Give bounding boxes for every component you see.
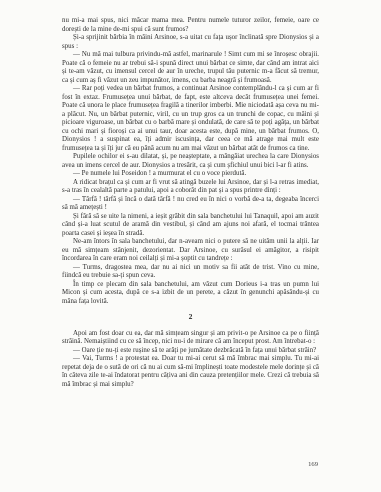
paragraph: nu mi-a mai spus, nici măcar mama mea. P… bbox=[62, 17, 319, 34]
paragraph: — Oare ție nu-ți este rușine să te arăți… bbox=[62, 347, 319, 356]
page-number: 169 bbox=[62, 461, 318, 468]
book-page: nu mi-a mai spus, nici măcar mama mea. P… bbox=[0, 0, 381, 492]
paragraph: — Rar poți vedea un bărbat frumos, a con… bbox=[62, 85, 319, 153]
paragraph: În timp ce plecam din sala banchetului, … bbox=[62, 281, 319, 307]
paragraph: — Târfă ! târfă și încă o dată târfă ! n… bbox=[62, 196, 319, 213]
paragraph: — Turms, dragostea mea, dar nu ai nici u… bbox=[62, 264, 319, 281]
paragraph: — Pe numele lui Poseidon ! a murmurat el… bbox=[62, 170, 319, 179]
text-block: nu mi-a mai spus, nici măcar mama mea. P… bbox=[62, 17, 319, 389]
paragraph: Și-a sprijinit bărbia în mâini Arsinoe, … bbox=[62, 34, 319, 51]
paragraph: A ridicat brațul ca și cum ar fi vrut să… bbox=[62, 179, 319, 196]
paragraph: — Vai, Turms ! a protestat ea. Doar tu m… bbox=[62, 355, 319, 389]
paragraph: Pupilele ochilor ei s-au dilatat, și, pe… bbox=[62, 153, 319, 170]
section-number: 2 bbox=[62, 313, 319, 322]
paragraph: Și fără să se uite la nimeni, a ieșit gr… bbox=[62, 213, 319, 239]
paragraph: Apoi am fost doar cu ea, dar mă simțeam … bbox=[62, 330, 319, 347]
paragraph: Ne-am întors în sala banchetului, dar n-… bbox=[62, 238, 319, 264]
paragraph: — Nu mă mai tulbura privindu-mă astfel, … bbox=[62, 51, 319, 85]
